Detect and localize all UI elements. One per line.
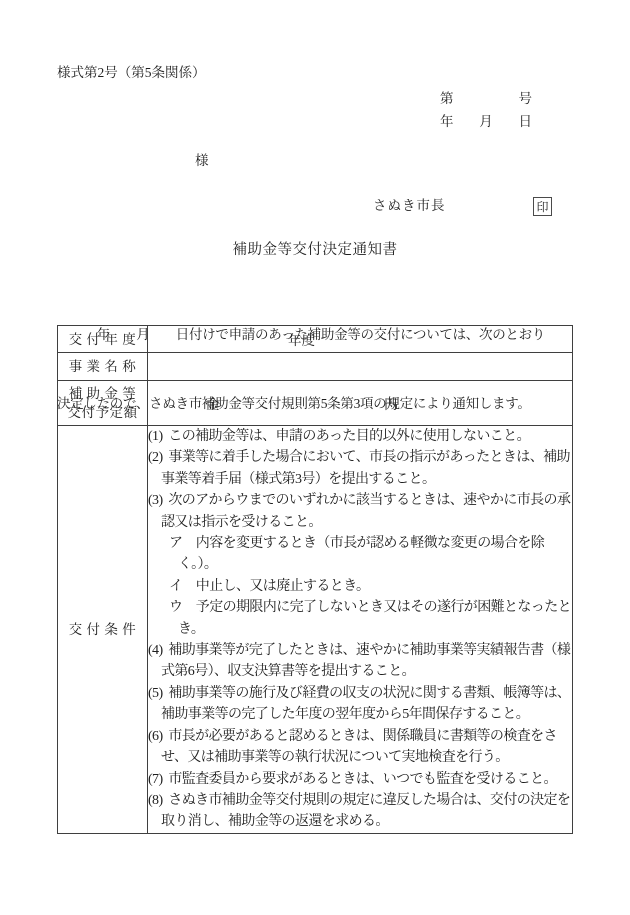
amount-suffix: 円 [384,393,398,413]
table-row: 交 付 条 件 (1) この補助金等は、申請のあった目的以外に使用しないこと。 … [58,426,573,834]
document-title: 補助金等交付決定通知書 [0,240,630,260]
table-row: 交 付 年 度 年度 [58,326,573,353]
doc-number-line: 第 号 [440,89,532,109]
amount-label-line2: 交付予定額 [58,403,147,422]
amount-value-cell: 金 円 [148,381,573,426]
doc-number-suffix: 号 [519,89,533,109]
condition-item-7: (7) 市監査委員から要求があるときは、いつでも監査を受けること。 [148,769,572,790]
date-line: 年 月 日 [440,112,532,132]
amount-label: 補 助 金 等 交付予定額 [58,381,148,426]
table-row: 事 業 名 称 [58,353,573,381]
condition-item-3b: イ 中止し、又は廃止するとき。 [169,576,572,597]
conditions-cell: (1) この補助金等は、申請のあった目的以外に使用しないこと。 (2) 事業等に… [148,426,573,834]
condition-item-1: (1) この補助金等は、申請のあった目的以外に使用しないこと。 [148,426,572,447]
document-page: 様式第2号（第5条関係） 第 号 年 月 日 様 さぬき市長 印 補助金等交付決… [0,0,630,915]
condition-item-4: (4) 補助事業等が完了したときは、速やかに補助事業等実績報告書（様式第6号）、… [148,640,572,683]
condition-item-2: (2) 事業等に着手した場合において、市長の指示があったときは、補助事業等着手届… [148,447,572,490]
amount-prefix: 金 [206,393,220,413]
table-row: 補 助 金 等 交付予定額 金 円 [58,381,573,426]
condition-item-3c: ウ 予定の期限内に完了しないとき又はその遂行が困難となったとき。 [169,597,572,640]
sender-name: さぬき市長 [373,196,446,216]
condition-item-6: (6) 市長が必要があると認めるときは、関係職員に書類等の検査をさせ、又は補助事… [148,726,572,769]
amount-label-line1: 補 助 金 等 [58,384,147,403]
project-name-value-cell [148,353,573,381]
fiscal-year-label: 交 付 年 度 [58,326,148,353]
conditions-label: 交 付 条 件 [58,426,148,834]
doc-number-prefix: 第 [440,89,454,109]
fiscal-year-value: 年度 [288,329,315,349]
condition-item-3a: ア 内容を変更するとき（市長が認める軽微な変更の場合を除く。）。 [169,533,572,576]
date-month-label: 月 [479,112,493,132]
grant-form-table: 交 付 年 度 年度 事 業 名 称 補 助 金 等 交付予定額 金 円 [57,325,573,834]
condition-item-8: (8) さぬき市補助金等交付規則の規定に違反した場合は、交付の決定を取り消し、補… [148,790,572,833]
date-day-label: 日 [519,112,533,132]
condition-item-5: (5) 補助事業等の施行及び経費の収支の状況に関する書類、帳簿等は、補助事業等の… [148,683,572,726]
condition-item-3: (3) 次のアからウまでのいずれかに該当するときは、速やかに市長の承認又は指示を… [148,490,572,533]
project-name-label: 事 業 名 称 [58,353,148,381]
addressee-suffix: 様 [195,151,209,171]
seal-mark: 印 [533,197,552,216]
date-year-label: 年 [440,112,454,132]
form-number: 様式第2号（第5条関係） [57,63,206,83]
fiscal-year-value-cell: 年度 [148,326,573,353]
